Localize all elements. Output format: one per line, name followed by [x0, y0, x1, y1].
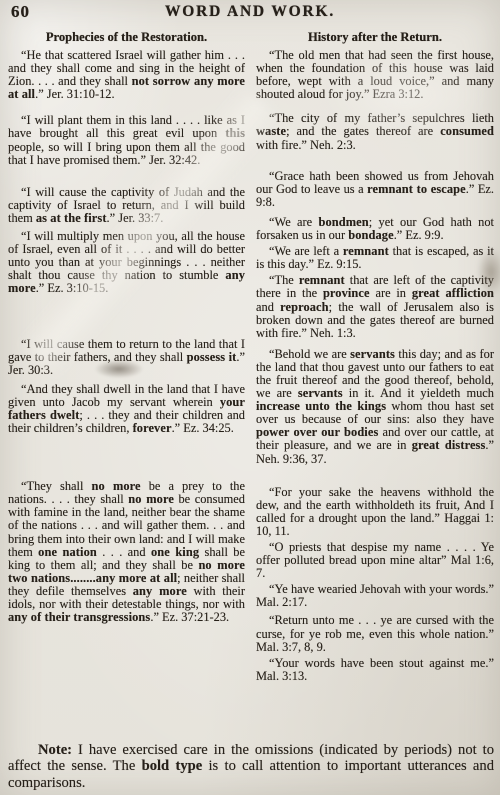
left-column-heading: Prophecies of the Restoration.: [8, 30, 245, 45]
scripture-paragraph: “For your sake the heavens withhold the …: [256, 486, 494, 538]
text-run: “For your sake the heavens withhold the …: [256, 485, 494, 538]
bold-phrase: power over our bodies: [256, 425, 378, 439]
bold-phrase: province: [323, 286, 370, 300]
text-run: in it. And it yieldeth much: [343, 386, 494, 400]
text-run: ; and the gates thereof are: [286, 124, 440, 138]
scripture-paragraph: “The old men that had seen the first hou…: [256, 49, 494, 101]
bold-phrase: remnant: [343, 244, 389, 258]
bold-phrase: this: [225, 126, 245, 140]
bold-phrase: great affliction: [412, 286, 494, 300]
scripture-paragraph: “And they shall dwell in the land that I…: [8, 383, 245, 435]
text-run: “We are: [269, 215, 318, 229]
left-column: Prophecies of the Restoration. “He that …: [8, 30, 245, 624]
text-run: “I will plant them in this land . . . . …: [8, 113, 245, 140]
scripture-paragraph: “I will cause them to return to the land…: [8, 338, 245, 377]
scripture-paragraph: “Behold we are servants this day; and as…: [256, 348, 494, 466]
bold-phrase: possess it: [187, 350, 237, 364]
scripture-paragraph: “O priests that despise my name . . . . …: [256, 541, 494, 580]
editor-note: Note: I have exercised care in the omiss…: [8, 742, 494, 791]
scripture-paragraph: “He that scattered Israel will gather hi…: [8, 49, 245, 101]
text-run: “Behold we are: [269, 347, 350, 361]
bold-phrase: consumed: [440, 124, 494, 138]
bold-phrase: as at the first: [36, 211, 107, 225]
text-run: “Ye have wearied Jehovah with your words…: [256, 582, 494, 609]
text-run: “We are left a: [269, 244, 343, 258]
bold-phrase: any of their transgressions: [8, 610, 150, 624]
bold-phrase: no more: [128, 492, 174, 506]
page-title: WORD AND WORK.: [0, 3, 500, 21]
right-column-paragraphs: “The old men that had seen the first hou…: [256, 49, 494, 683]
text-run: “I will multiply men upon you, all the h…: [8, 229, 245, 282]
text-run: “Return unto me . . . ye are cursed with…: [256, 613, 494, 653]
text-run: “The: [269, 273, 299, 287]
text-run: . . . and: [97, 545, 151, 559]
bold-phrase: Note:: [38, 742, 78, 758]
text-run: .” Ez. 9:9.: [394, 228, 444, 242]
text-run: “The city of my father’s sepulchres liet…: [269, 111, 494, 125]
scripture-paragraph: “We are left a remnant that is escaped, …: [256, 245, 494, 271]
scripture-paragraph: “Your words have been stout against me.”…: [256, 657, 494, 683]
text-run: .” Ez. 3:10-15.: [36, 281, 109, 295]
text-run: with fire.” Neh. 2:3.: [256, 138, 356, 152]
right-column: History after the Return. “The old men t…: [256, 30, 494, 683]
text-run: are in: [370, 286, 412, 300]
scripture-paragraph: “They shall no more be a prey to the nat…: [8, 480, 245, 624]
text-run: .” Jer. 31:10-12.: [35, 87, 115, 101]
bold-phrase: waste: [256, 124, 286, 138]
bold-phrase: no more: [92, 479, 141, 493]
bold-phrase: bondage: [348, 228, 393, 242]
bold-phrase: servants: [350, 347, 395, 361]
text-run: “And they shall dwell in the land that I…: [8, 382, 245, 409]
text-run: .” Jer. 33:7.: [107, 211, 164, 225]
bold-phrase: increase unto the kings: [256, 399, 386, 413]
bold-phrase: forever: [133, 421, 172, 435]
scripture-paragraph: “Return unto me . . . ye are cursed with…: [256, 614, 494, 653]
bold-phrase: any more: [133, 584, 187, 598]
text-run: “They shall: [21, 479, 92, 493]
right-column-heading: History after the Return.: [256, 30, 494, 45]
text-run: and: [256, 300, 280, 314]
bold-phrase: reproach: [280, 300, 329, 314]
bold-phrase: one king: [151, 545, 199, 559]
bold-phrase: great distress: [412, 438, 486, 452]
text-run: “O priests that despise my name . . . . …: [256, 540, 494, 580]
scripture-paragraph: “I will multiply men upon you, all the h…: [8, 230, 245, 295]
text-run: people, so will I bring upon them all th…: [8, 140, 245, 167]
text-run: “Your words have been stout against me.”…: [256, 656, 494, 683]
scripture-paragraph: “I will plant them in this land . . . . …: [8, 114, 245, 166]
scripture-paragraph: “Ye have wearied Jehovah with your words…: [256, 583, 494, 609]
text-run: “The old men that had seen the first hou…: [256, 48, 494, 101]
bold-phrase: remnant: [299, 273, 345, 287]
bold-phrase: remnant to escape: [367, 182, 466, 196]
bold-phrase: one nation: [38, 545, 97, 559]
scripture-paragraph: “I will cause the captivity of Judah and…: [8, 186, 245, 225]
scripture-paragraph: “We are bondmen; yet our God hath not fo…: [256, 216, 494, 242]
left-column-paragraphs: “He that scattered Israel will gather hi…: [8, 49, 245, 624]
bold-phrase: servants: [298, 386, 343, 400]
scripture-paragraph: “The city of my father’s sepulchres liet…: [256, 112, 494, 151]
scripture-paragraph: “The remnant that are left of the captiv…: [256, 274, 494, 339]
bold-phrase: bondmen: [318, 215, 368, 229]
scripture-paragraph: “Grace hath been showed us from Jehovah …: [256, 170, 494, 209]
bold-phrase: bold type: [142, 758, 203, 774]
text-run: .” Ez. 37:21-23.: [150, 610, 229, 624]
text-run: .” Ez. 34:25.: [172, 421, 234, 435]
